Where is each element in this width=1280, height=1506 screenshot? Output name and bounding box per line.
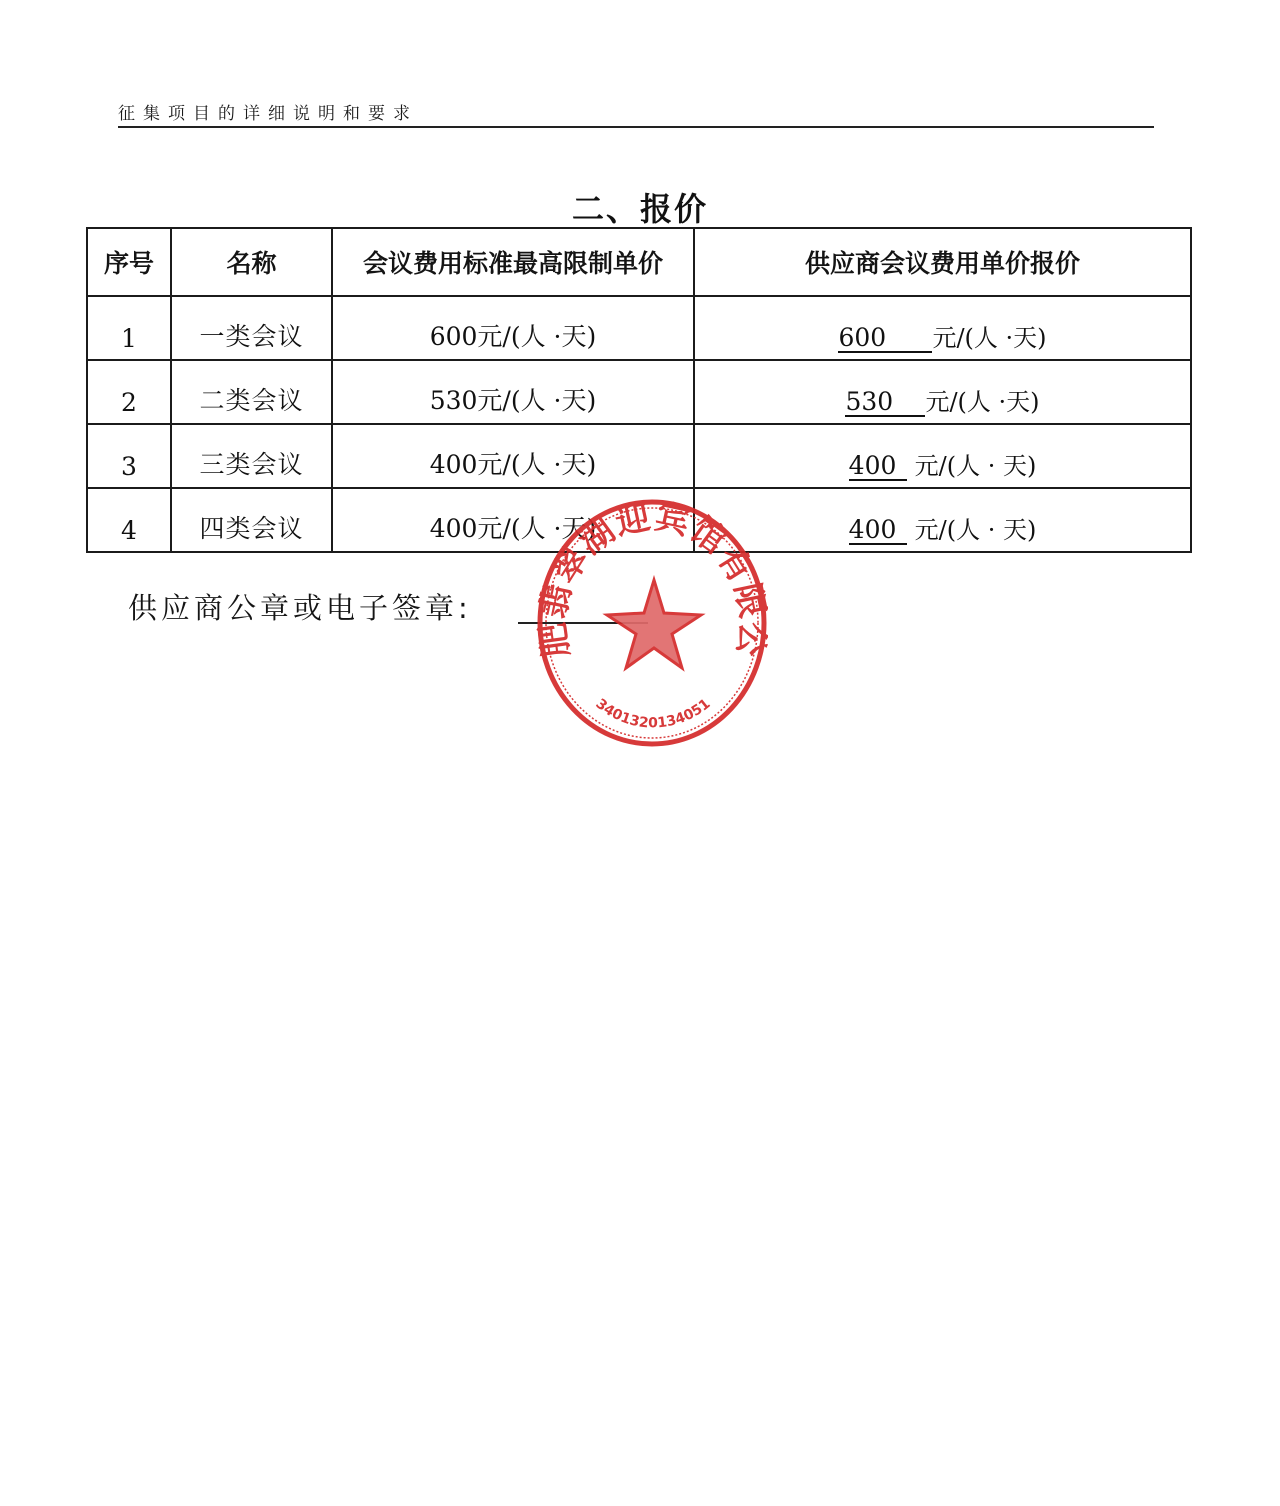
row-limit-price: 400元/(人 ·天) xyxy=(332,488,694,552)
signature-line xyxy=(518,622,648,624)
quote-unit: 元/(人 · 天) xyxy=(915,516,1037,544)
row-no: 4 xyxy=(87,488,171,552)
svg-text:3401320134051: 3401320134051 xyxy=(593,696,714,732)
row-quote-price: 400 元/(人 · 天) xyxy=(694,488,1191,552)
row-no: 2 xyxy=(87,360,171,424)
row-name: 四类会议 xyxy=(171,488,332,552)
row-name: 三类会议 xyxy=(171,424,332,488)
header-name: 名称 xyxy=(171,228,332,296)
quote-table: 序号 名称 会议费用标准最高限制单价 供应商会议费用单价报价 1 一类会议 60… xyxy=(86,227,1192,553)
quote-value: 400 xyxy=(849,517,907,545)
row-limit-price: 530元/(人 ·天) xyxy=(332,360,694,424)
header-no: 序号 xyxy=(87,228,171,296)
signature-label: 供应商公章或电子签章: xyxy=(128,586,472,627)
quote-unit: 元/(人 ·天) xyxy=(925,388,1039,416)
row-quote-price: 400 元/(人 · 天) xyxy=(694,424,1191,488)
seal-code-text: 3401320134051 xyxy=(593,696,714,732)
table-row: 4 四类会议 400元/(人 ·天) 400 元/(人 · 天) xyxy=(87,488,1191,552)
row-quote-price: 600元/(人 ·天) xyxy=(694,296,1191,360)
row-limit-price: 400元/(人 ·天) xyxy=(332,424,694,488)
section-title: 二、报价 xyxy=(0,184,1280,230)
table-row: 2 二类会议 530元/(人 ·天) 530元/(人 ·天) xyxy=(87,360,1191,424)
row-no: 1 xyxy=(87,296,171,360)
quote-unit: 元/(人 ·天) xyxy=(932,324,1046,352)
running-header-text: 征集项目的详细说明和要求 xyxy=(118,104,418,124)
row-name: 一类会议 xyxy=(171,296,332,360)
table-header-row: 序号 名称 会议费用标准最高限制单价 供应商会议费用单价报价 xyxy=(87,228,1191,296)
row-quote-price: 530元/(人 ·天) xyxy=(694,360,1191,424)
table-row: 1 一类会议 600元/(人 ·天) 600元/(人 ·天) xyxy=(87,296,1191,360)
row-no: 3 xyxy=(87,424,171,488)
running-header: 征集项目的详细说明和要求 xyxy=(118,104,1154,128)
quote-value: 530 xyxy=(845,389,925,417)
header-limit-price: 会议费用标准最高限制单价 xyxy=(332,228,694,296)
table-row: 3 三类会议 400元/(人 ·天) 400 元/(人 · 天) xyxy=(87,424,1191,488)
row-name: 二类会议 xyxy=(171,360,332,424)
header-quote-price: 供应商会议费用单价报价 xyxy=(694,228,1191,296)
row-limit-price: 600元/(人 ·天) xyxy=(332,296,694,360)
quote-unit: 元/(人 · 天) xyxy=(915,452,1037,480)
quote-value: 600 xyxy=(838,325,932,353)
quote-value: 400 xyxy=(849,453,907,481)
